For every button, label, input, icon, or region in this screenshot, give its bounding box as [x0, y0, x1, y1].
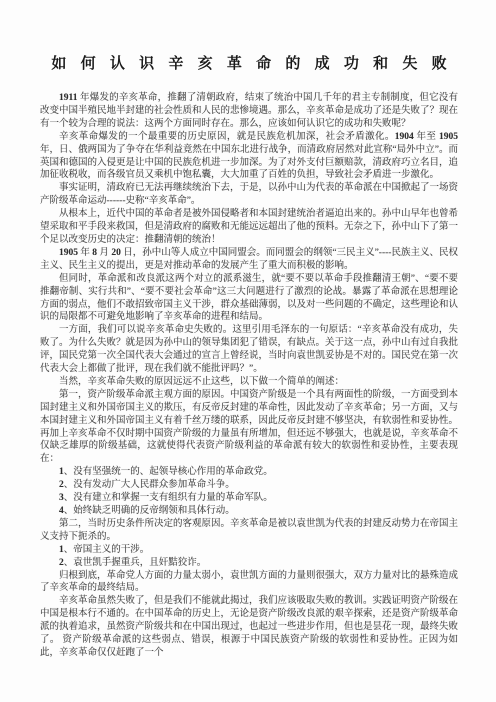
paragraph: 但同时，革命派和改良派这两个对立的派系滋生，就“要不要以革命手段推翻清王朝”、“…	[40, 273, 458, 325]
document-title: 如何认识辛亥革命的成功和失败	[40, 52, 472, 73]
paragraph: 2、没有发动广大人民群众参加革命斗争。	[40, 479, 458, 492]
paragraph: 第二，当时历史条件所决定的客观原因。辛亥革命是被以袁世凯为代表的封建反动势力在帝…	[40, 518, 458, 544]
paragraph: 归根到底，革命党人方面的力量太弱小，袁世凯方面的力量则很强大，双方力量对比的悬殊…	[40, 570, 458, 596]
paragraph: 事实证明，清政府已无法再继续统治下去，于是，以孙中山为代表的革命派在中国掀起了一…	[40, 182, 458, 208]
paragraph: 1、没有坚强统一的、起领导核心作用的革命政党。	[40, 466, 458, 479]
paragraph: 从根本上，近代中国的革命者是被外国侵略者和本国封建统治者逼迫出来的。孙中山早年也…	[40, 208, 458, 247]
paragraph: 辛亥革命爆发的一个最重要的历史原因，就是民族危机加深，社会矛盾激化。1904 年…	[40, 131, 458, 183]
paragraph: 一方面，我们可以说辛亥革命史失败的。这里引用毛泽东的一句原话：“辛亥革命没有成功…	[40, 324, 458, 376]
paragraph: 1911 年爆发的辛亥革命，推翻了清朝政府，结束了统治中国几千年的君主专制制度，…	[40, 92, 458, 131]
paragraph: 当然，辛亥革命失败的原因远远不止这些，以下做一个简单的阐述：	[40, 376, 458, 389]
paragraph: 4、始终缺乏明确的反帝纲领和具体行动。	[40, 505, 458, 518]
document-body: 1911 年爆发的辛亥革命，推翻了清朝政府，结束了统治中国几千年的君主专制制度，…	[40, 92, 458, 660]
paragraph: 3、没有建立和掌握一支有组织有力量的革命军队。	[40, 492, 458, 505]
paragraph: 辛亥革命虽然失败了，但是我们不能就此揭过，我们应该吸取失败的教训。实践证明资产阶…	[40, 595, 458, 660]
paragraph: 第一，资产阶级革命派主观方面的原因。中国资产阶级是一个具有两面性的阶级，一方面受…	[40, 389, 458, 466]
document-page: 如何认识辛亥革命的成功和失败 1911 年爆发的辛亥革命，推翻了清朝政府，结束了…	[0, 0, 496, 702]
paragraph: 2、袁世凯手握重兵，且奸黠狡诈。	[40, 557, 458, 570]
paragraph: 1905 年 8 月 20 日，孙中山等人成立中国同盟会。而同盟会的纲领“三民主…	[40, 247, 458, 273]
paragraph: 1、帝国主义的干涉。	[40, 544, 458, 557]
